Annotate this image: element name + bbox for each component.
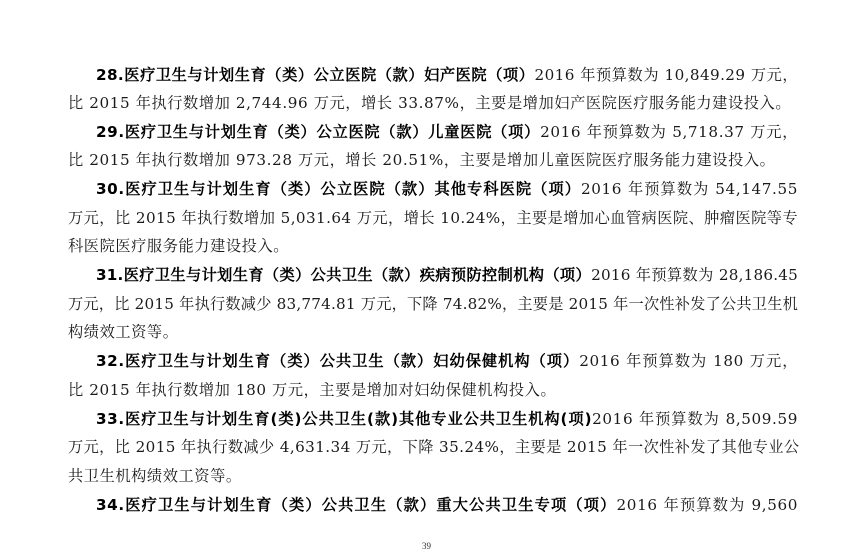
paragraph-28-line-2: 比 2015 年执行数增加 2,744.96 万元，增长 33.87%，主要是增… <box>68 89 798 117</box>
paragraph-31-text: 2016 年预算数为 28,186.45 <box>591 266 798 284</box>
paragraph-32-heading: 32.医疗卫生与计划生育（类）公共卫生（款）妇幼保健机构（项） <box>96 352 579 370</box>
paragraph-29-heading: 29.医疗卫生与计划生育（类）公立医院（款）儿童医院（项） <box>96 123 540 141</box>
document-page: 28.医疗卫生与计划生育（类）公立医院（款）妇产医院（项）2016 年预算数为 … <box>0 0 853 560</box>
paragraph-33-heading: 33.医疗卫生与计划生育(类)公共卫生(款)其他专业公共卫生机构(项) <box>96 410 592 428</box>
paragraph-28-heading: 28.医疗卫生与计划生育（类）公立医院（款）妇产医院（项） <box>96 66 535 84</box>
paragraph-30-line-1: 30.医疗卫生与计划生育（类）公立医院（款）其他专科医院（项）2016 年预算数… <box>96 175 798 203</box>
paragraph-34-line-1: 34.医疗卫生与计划生育（类）公共卫生（款）重大公共卫生专项（项）2016 年预… <box>96 491 798 519</box>
paragraph-30-text: 2016 年预算数为 54,147.55 <box>581 180 798 198</box>
page-number: 39 <box>0 541 853 551</box>
paragraph-29-line-1: 29.医疗卫生与计划生育（类）公立医院（款）儿童医院（项）2016 年预算数为 … <box>96 118 798 146</box>
paragraph-32-text: 2016 年预算数为 180 万元， <box>579 352 798 370</box>
paragraph-32-line-1: 32.医疗卫生与计划生育（类）公共卫生（款）妇幼保健机构（项）2016 年预算数… <box>96 347 798 375</box>
paragraph-34-heading: 34.医疗卫生与计划生育（类）公共卫生（款）重大公共卫生专项（项） <box>96 496 617 514</box>
paragraph-33-line-2: 万元，比 2015 年执行数减少 4,631.34 万元，下降 35.24%，主… <box>68 433 798 461</box>
paragraph-31-line-3: 构绩效工资等。 <box>68 318 798 346</box>
paragraph-28-line-1: 28.医疗卫生与计划生育（类）公立医院（款）妇产医院（项）2016 年预算数为 … <box>96 61 798 89</box>
paragraph-31-line-1: 31.医疗卫生与计划生育（类）公共卫生（款）疾病预防控制机构（项）2016 年预… <box>96 261 798 289</box>
paragraph-33-text: 2016 年预算数为 8,509.59 <box>592 410 798 428</box>
paragraph-29-line-2: 比 2015 年执行数增加 973.28 万元，增长 20.51%，主要是增加儿… <box>68 146 798 174</box>
paragraph-28-text: 2016 年预算数为 10,849.29 万元， <box>535 66 798 84</box>
paragraph-34-text: 2016 年预算数为 9,560 <box>617 496 798 514</box>
paragraph-32-line-2: 比 2015 年执行数增加 180 万元，主要是增加对妇幼保健机构投入。 <box>68 376 798 404</box>
paragraph-33-line-3: 共卫生机构绩效工资等。 <box>68 462 798 490</box>
paragraph-29-text: 2016 年预算数为 5,718.37 万元， <box>540 123 798 141</box>
paragraph-31-line-2: 万元，比 2015 年执行数减少 83,774.81 万元，下降 74.82%，… <box>68 290 798 318</box>
paragraph-33-line-1: 33.医疗卫生与计划生育(类)公共卫生(款)其他专业公共卫生机构(项)2016 … <box>96 405 798 433</box>
paragraph-30-line-2: 万元，比 2015 年执行数增加 5,031.64 万元，增长 10.24%，主… <box>68 204 798 232</box>
paragraph-31-heading: 31.医疗卫生与计划生育（类）公共卫生（款）疾病预防控制机构（项） <box>96 266 591 284</box>
paragraph-30-heading: 30.医疗卫生与计划生育（类）公立医院（款）其他专科医院（项） <box>96 180 581 198</box>
paragraph-30-line-3: 科医院医疗服务能力建设投入。 <box>68 232 798 260</box>
